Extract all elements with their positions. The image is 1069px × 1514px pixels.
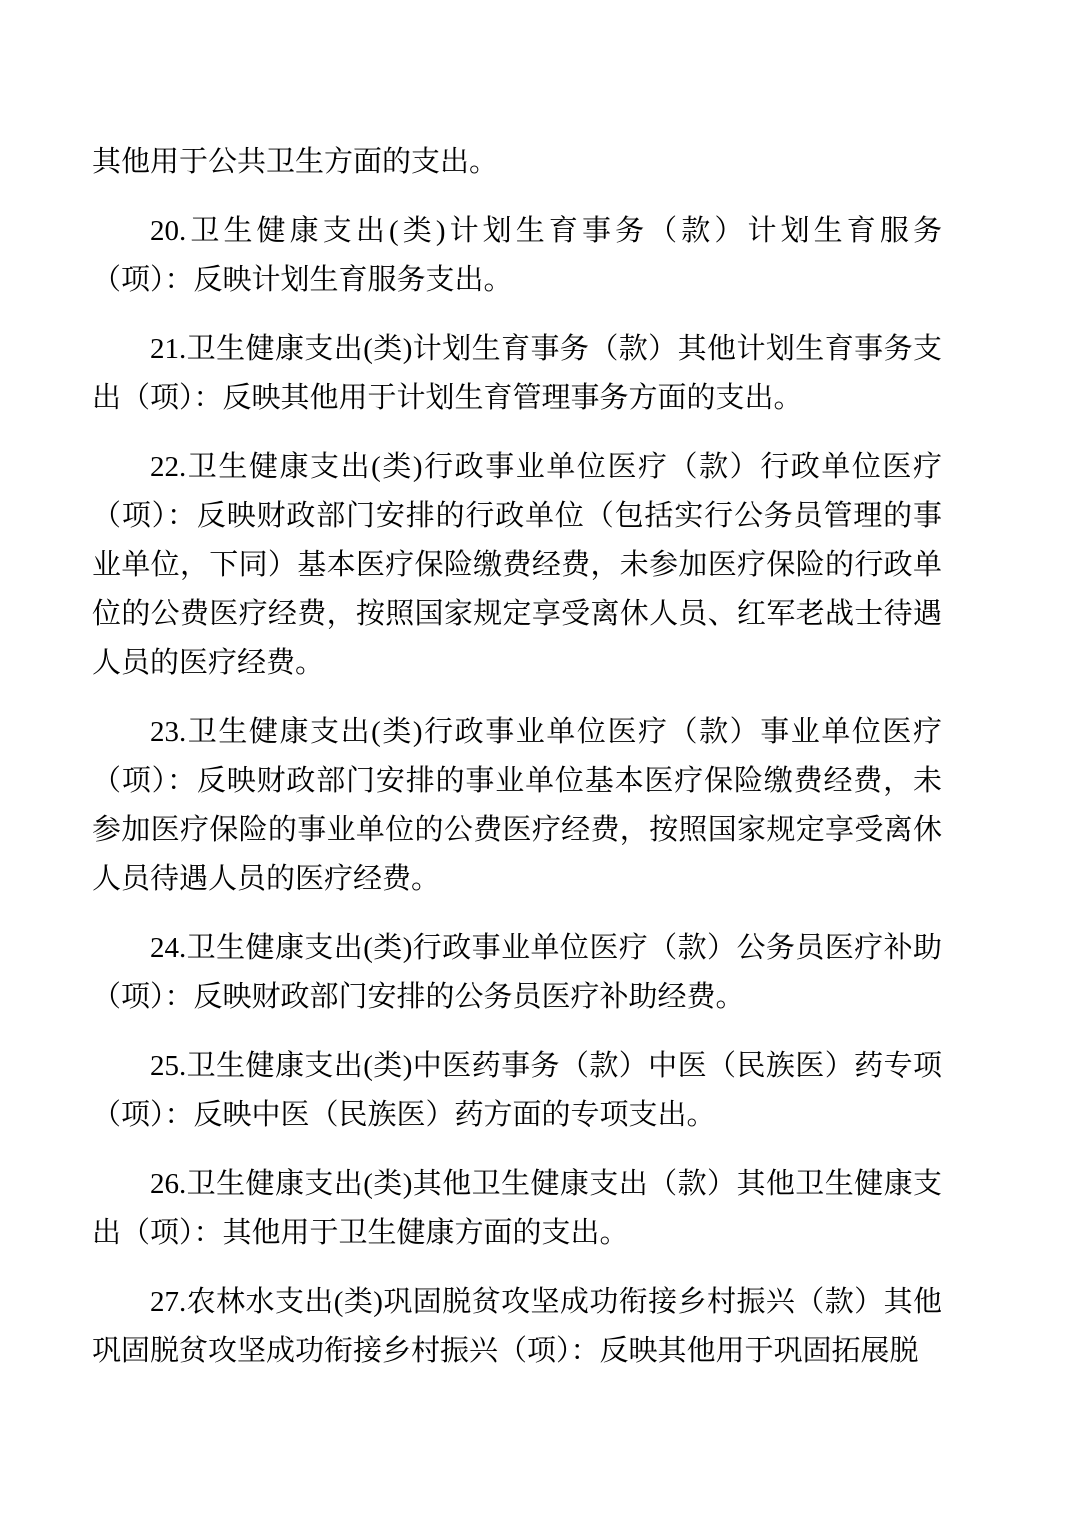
paragraph-item-21: 21.卫生健康支出(类)计划生育事务（款）其他计划生育事务支出（项）：反映其他用… [92,325,942,423]
paragraph-item-25: 25.卫生健康支出(类)中医药事务（款）中医（民族医）药专项（项）：反映中医（民… [92,1042,942,1140]
paragraph-item-23: 23.卫生健康支出(类)行政事业单位医疗（款）事业单位医疗（项）：反映财政部门安… [92,708,942,904]
paragraph-item-22: 22.卫生健康支出(类)行政事业单位医疗（款）行政单位医疗（项）：反映财政部门安… [92,443,942,688]
paragraph-continuation: 其他用于公共卫生方面的支出。 [92,138,942,187]
paragraph-item-24: 24.卫生健康支出(类)行政事业单位医疗（款）公务员医疗补助（项）：反映财政部门… [92,924,942,1022]
document-page: 其他用于公共卫生方面的支出。 20.卫生健康支出(类)计划生育事务（款）计划生育… [0,0,1069,1514]
paragraph-item-26: 26.卫生健康支出(类)其他卫生健康支出（款）其他卫生健康支出（项）：其他用于卫… [92,1160,942,1258]
paragraph-item-20: 20.卫生健康支出(类)计划生育事务（款）计划生育服务（项）：反映计划生育服务支… [92,207,942,305]
document-body: 其他用于公共卫生方面的支出。 20.卫生健康支出(类)计划生育事务（款）计划生育… [92,138,942,1376]
paragraph-item-27: 27.农林水支出(类)巩固脱贫攻坚成功衔接乡村振兴（款）其他巩固脱贫攻坚成功衔接… [92,1278,942,1376]
